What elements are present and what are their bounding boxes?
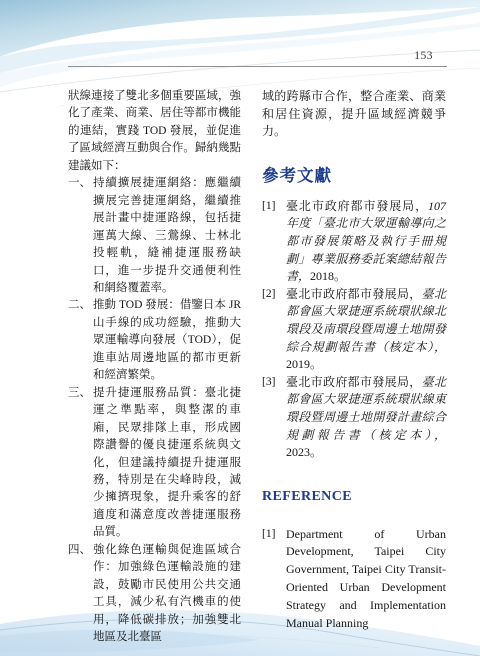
list-item-4: 四、 強化綠色運輸與促進區域合作：加強綠色運輸設施的建設，鼓勵市民使用公共交通工… — [68, 542, 241, 647]
reference-item-3-prefix: 臺北市政府都市發展局， — [286, 375, 422, 389]
list-item-4-text: 強化綠色運輸與促進區域合作：加強綠色運輸設施的建設，鼓勵市民使用公共交通工具，減… — [93, 542, 241, 647]
list-item-3-label: 三、 — [68, 385, 93, 542]
left-column: 狀線連接了雙北多個重要區域，強化了產業、商業、居住等都市機能的連結，實踐 TOD… — [68, 88, 241, 647]
document-page: 153 狀線連接了雙北多個重要區域，強化了產業、商業、居住等都市機能的連結，實踐… — [0, 0, 480, 656]
reference-item-2-year: 2019。 — [286, 357, 322, 371]
intro-paragraph: 狀線連接了雙北多個重要區域，強化了產業、商業、居住等都市機能的連結，實踐 TOD… — [68, 88, 241, 175]
reference-item-1: [1] 臺北市政府都市發展局，107 年度「臺北市大眾運輸導向之都市發展策略及執… — [262, 198, 446, 286]
list-item-1-label: 一、 — [68, 175, 93, 297]
references-heading: 參考文獻 — [262, 162, 446, 186]
reference-item-3-marker: [3] — [262, 374, 286, 462]
reference-item-2-prefix: 臺北市政府都市發展局， — [286, 287, 422, 301]
list-item-1-text: 持續擴展捷運網絡：應繼續擴展完善捷運網絡，繼續推展計畫中捷運路線，包括捷運萬大線… — [93, 175, 241, 297]
reference-item-1-year: 2018。 — [310, 269, 346, 283]
reference-item-3-text: 臺北市政府都市發展局，臺北都會區大眾捷運系統環狀線東環段暨周邊土地開發計畫綜合規… — [286, 374, 446, 462]
reference-item-english-1: [1] Department of Urban Development, Tai… — [262, 526, 446, 633]
right-column: 域的跨縣市合作，整合產業、商業和居住資源，提升區域經濟競爭力。 參考文獻 [1]… — [262, 88, 446, 647]
list-item-3-text: 提升捷運服務品質：臺北捷運之準點率，與整潔的車廂，民眾排隊上車，形成國際讚譽的優… — [93, 385, 241, 542]
reference-item-3: [3] 臺北市政府都市發展局，臺北都會區大眾捷運系統環狀線東環段暨周邊土地開發計… — [262, 374, 446, 462]
list-item-2-text: 推動 TOD 發展：借鑒日本 JR 山手線的成功經驗，推動大眾運輸導向發展（TO… — [93, 297, 241, 384]
reference-item-3-year: 2023。 — [286, 445, 322, 459]
reference-item-2: [2] 臺北市政府都市發展局，臺北都會區大眾捷運系統環狀線北環段及南環段暨周邊土… — [262, 286, 446, 374]
list-item-3: 三、 提升捷運服務品質：臺北捷運之準點率，與整潔的車廂，民眾排隊上車，形成國際讚… — [68, 385, 241, 542]
reference-item-2-text: 臺北市政府都市發展局，臺北都會區大眾捷運系統環狀線北環段及南環段暨周邊土地開發綜… — [286, 286, 446, 374]
list-item-4-label: 四、 — [68, 542, 93, 647]
reference-item-2-marker: [2] — [262, 286, 286, 374]
reference-item-1-prefix: 臺北市政府都市發展局， — [286, 199, 428, 213]
reference-item-english-1-text: Department of Urban Development, Taipei … — [286, 526, 446, 633]
page-number: 153 — [0, 50, 433, 62]
list-item-1: 一、 持續擴展捷運網絡：應繼續擴展完善捷運網絡，繼續推展計畫中捷運路線，包括捷運… — [68, 175, 241, 297]
reference-item-1-text: 臺北市政府都市發展局，107 年度「臺北市大眾運輸導向之都市發展策略及執行手冊規… — [286, 198, 446, 286]
list-item-2: 二、 推動 TOD 發展：借鑒日本 JR 山手線的成功經驗，推動大眾運輸導向發展… — [68, 297, 241, 384]
continuation-paragraph: 域的跨縣市合作，整合產業、商業和居住資源，提升區域經濟競爭力。 — [262, 88, 446, 141]
reference-heading-english: REFERENCE — [262, 489, 446, 505]
header-rule — [68, 66, 447, 67]
list-item-2-label: 二、 — [68, 297, 93, 384]
reference-item-english-1-marker: [1] — [262, 526, 286, 633]
page-content: 狀線連接了雙北多個重要區域，強化了產業、商業、居住等都市機能的連結，實踐 TOD… — [68, 88, 446, 647]
reference-item-1-marker: [1] — [262, 198, 286, 286]
